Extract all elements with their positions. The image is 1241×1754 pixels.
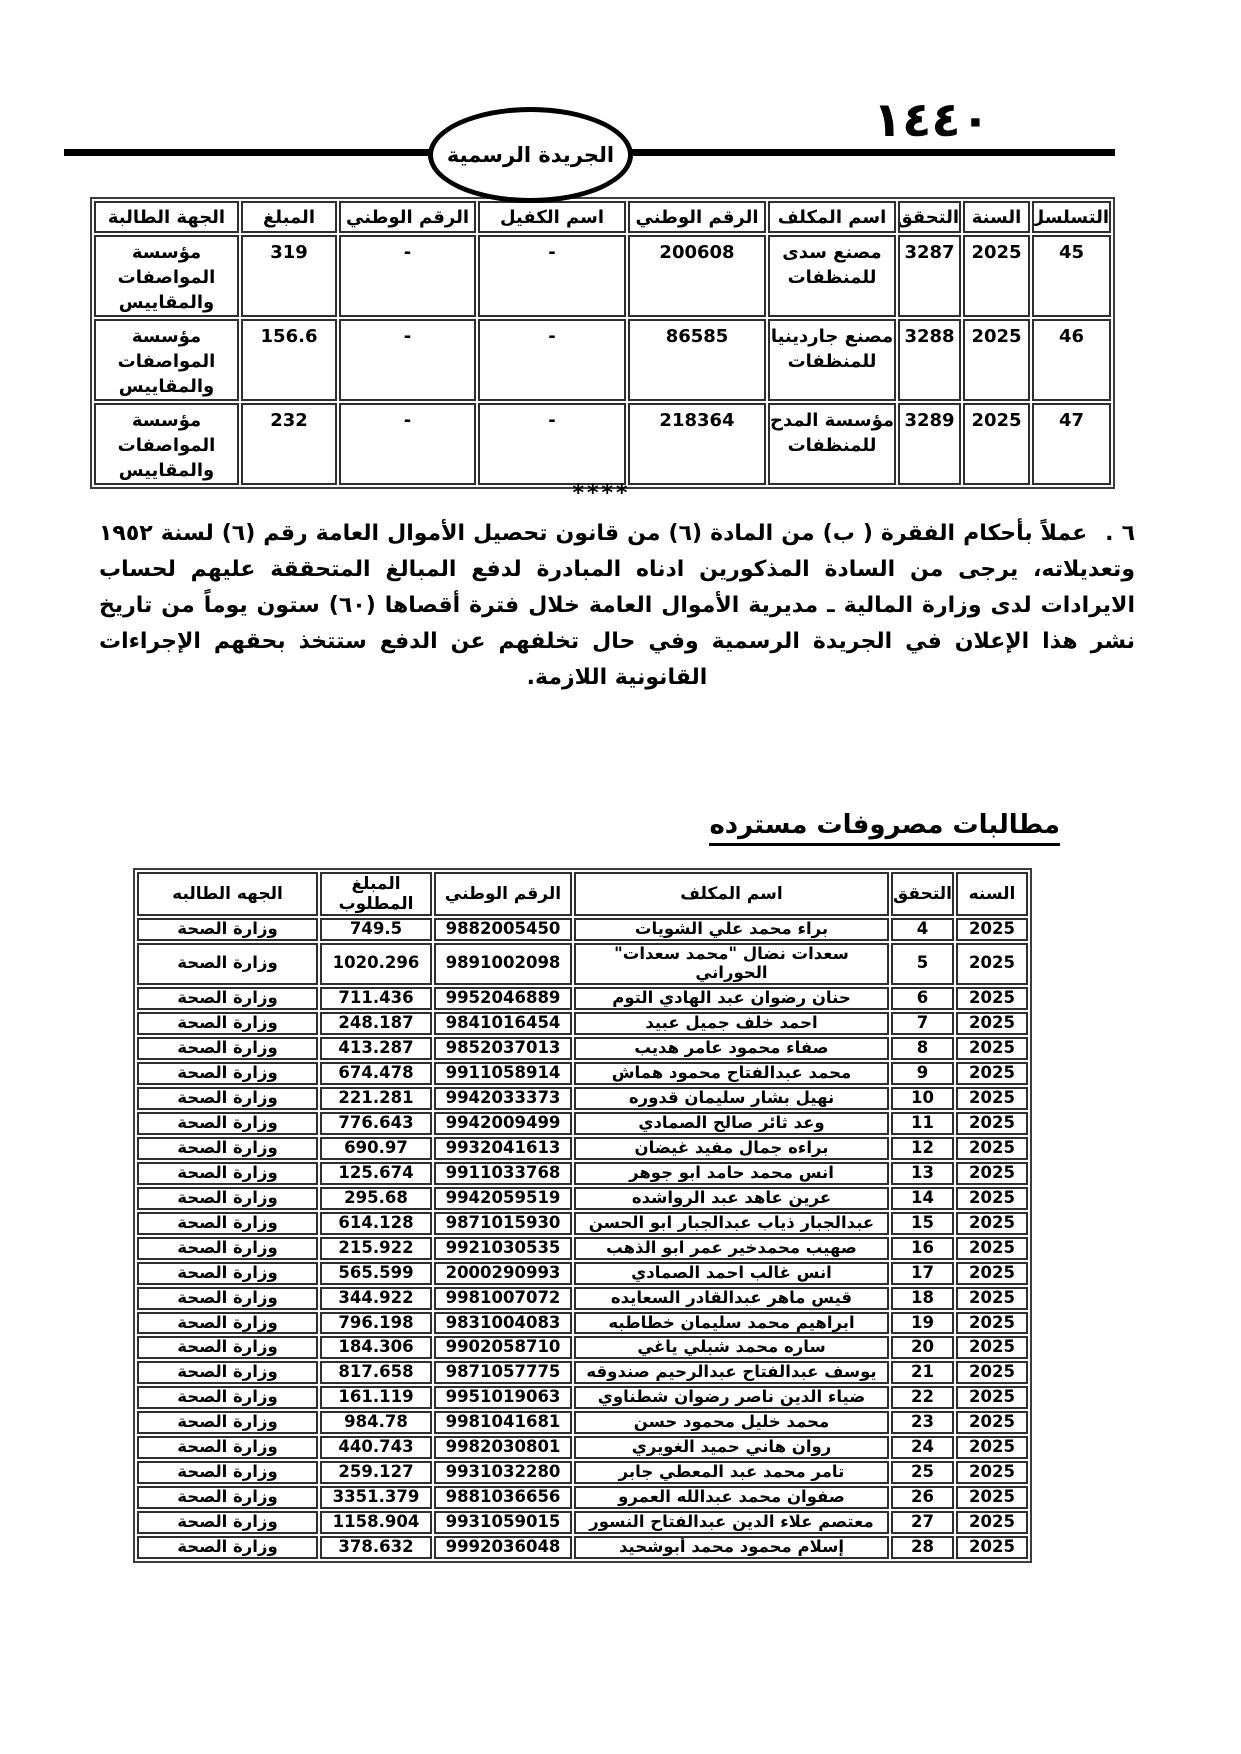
table-cell-taxpayer: حنان رضوان عبد الهادي التوم xyxy=(574,987,889,1010)
table-cell-national_id: 9911058914 xyxy=(434,1062,572,1085)
table-cell-taxpayer: مؤسسة المدح للمنظفات xyxy=(768,403,896,485)
table-cell-amount: 295.68 xyxy=(320,1187,432,1210)
table-cell-amount: 614.128 xyxy=(320,1212,432,1235)
table-cell-taxpayer: احمد خلف جميل عبيد xyxy=(574,1012,889,1035)
table-cell-taxpayer_id: 218364 xyxy=(628,403,766,485)
section-separator: **** xyxy=(90,481,1113,506)
table-cell-amount: 184.306 xyxy=(320,1336,432,1359)
table-cell-amount: 161.119 xyxy=(320,1386,432,1409)
col-guarantor: اسم الكفيل xyxy=(478,201,626,233)
table-cell-amount: 440.743 xyxy=(320,1436,432,1459)
table-cell-entity: وزارة الصحة xyxy=(137,1511,318,1534)
table-cell-serial: 45 xyxy=(1032,235,1111,317)
table-cell-serial: 46 xyxy=(1032,319,1111,401)
col-national-id: الرقم الوطني xyxy=(434,872,572,916)
table-cell-check: 11 xyxy=(891,1112,954,1135)
table-cell-entity: وزارة الصحة xyxy=(137,1062,318,1085)
table-cell-national_id: 9981041681 xyxy=(434,1411,572,1434)
col-amount: المبلغ xyxy=(241,201,337,233)
table-cell-guarantor_id: - xyxy=(339,403,476,485)
table-cell-entity: وزارة الصحة xyxy=(137,1112,318,1135)
table-cell-check: 17 xyxy=(891,1262,954,1285)
table-cell-year: 2025 xyxy=(956,1486,1028,1509)
col-taxpayer: اسم المكلف xyxy=(574,872,889,916)
table-cell-year: 2025 xyxy=(963,403,1030,485)
table-cell-check: 7 xyxy=(891,1012,954,1035)
table-cell-entity: وزارة الصحة xyxy=(137,1162,318,1185)
table-row: 4720253289مؤسسة المدح للمنظفات218364--23… xyxy=(94,403,1111,485)
table-cell-amount: 248.187 xyxy=(320,1012,432,1035)
table-cell-taxpayer_id: 86585 xyxy=(628,319,766,401)
table-cell-entity: وزارة الصحة xyxy=(137,1137,318,1160)
table-cell-year: 2025 xyxy=(956,1012,1028,1035)
table-cell-taxpayer: ساره محمد شبلي ياغي xyxy=(574,1336,889,1359)
table-cell-check: 3288 xyxy=(898,319,961,401)
table-cell-check: 14 xyxy=(891,1187,954,1210)
table-cell-guarantor_name: - xyxy=(478,403,626,485)
clause-item: ٦ . عملاً بأحكام الفقرة ( ب) من المادة (… xyxy=(99,516,1135,696)
table-cell-amount: 796.198 xyxy=(320,1312,432,1335)
table-cell-taxpayer: نهيل بشار سليمان قدوره xyxy=(574,1087,889,1110)
table-cell-entity: مؤسسة المواصفات والمقاييس xyxy=(94,319,239,401)
section-title: مطالبات مصروفات مسترده xyxy=(709,810,1060,846)
table-cell-national_id: 9931032280 xyxy=(434,1461,572,1484)
table-cell-amount: 319 xyxy=(241,235,337,317)
table-cell-year: 2025 xyxy=(956,1536,1028,1559)
table-cell-amount: 565.599 xyxy=(320,1262,432,1285)
table-cell-taxpayer_id: 200608 xyxy=(628,235,766,317)
table-row: 202521يوسف عبدالفتاح عبدالرحيم صندوقه987… xyxy=(137,1361,1028,1384)
table-cell-taxpayer: يوسف عبدالفتاح عبدالرحيم صندوقه xyxy=(574,1361,889,1384)
table-cell-amount: 1158.904 xyxy=(320,1511,432,1534)
col-amount-due: المبلغ المطلوب xyxy=(320,872,432,916)
table-header-row: السنه التحقق اسم المكلف الرقم الوطني الم… xyxy=(137,872,1028,916)
table-cell-check: 10 xyxy=(891,1087,954,1110)
table-cell-national_id: 9881036656 xyxy=(434,1486,572,1509)
table-cell-check: 26 xyxy=(891,1486,954,1509)
table-cell-amount: 749.5 xyxy=(320,918,432,941)
table-row: 202519ابراهيم محمد سليمان خطاطبه98310040… xyxy=(137,1312,1028,1335)
refunded-expenses-table: السنه التحقق اسم المكلف الرقم الوطني الم… xyxy=(133,868,1032,1563)
table-cell-amount: 3351.379 xyxy=(320,1486,432,1509)
table-cell-amount: 817.658 xyxy=(320,1361,432,1384)
table-cell-entity: وزارة الصحة xyxy=(137,1012,318,1035)
table-cell-check: 20 xyxy=(891,1336,954,1359)
table-cell-entity: وزارة الصحة xyxy=(137,1336,318,1359)
table-row: 20258صفاء محمود عامر هديب9852037013413.2… xyxy=(137,1037,1028,1060)
table-row: 20254براء محمد علي الشويات9882005450749.… xyxy=(137,918,1028,941)
table-cell-taxpayer: صفاء محمود عامر هديب xyxy=(574,1037,889,1060)
table-cell-year: 2025 xyxy=(956,1112,1028,1135)
col-national-id: الرقم الوطني xyxy=(628,201,766,233)
table-cell-guarantor_id: - xyxy=(339,235,476,317)
table-cell-year: 2025 xyxy=(956,1386,1028,1409)
table-row: 202516صهيب محمدخير عمر ابو الذهب99210305… xyxy=(137,1237,1028,1260)
table-cell-entity: وزارة الصحة xyxy=(137,1312,318,1335)
table-cell-guarantor_name: - xyxy=(478,319,626,401)
table-cell-check: 9 xyxy=(891,1062,954,1085)
table-cell-year: 2025 xyxy=(956,1511,1028,1534)
table-header: التسلسل السنة التحقق اسم المكلف الرقم ال… xyxy=(94,201,1111,233)
table-cell-national_id: 9952046889 xyxy=(434,987,572,1010)
table-body: 20254براء محمد علي الشويات9882005450749.… xyxy=(137,918,1028,1559)
col-entity: الجهه الطالبه xyxy=(137,872,318,916)
col-serial: التسلسل xyxy=(1032,201,1111,233)
table-cell-entity: وزارة الصحة xyxy=(137,1187,318,1210)
table-cell-taxpayer: وعد ثائر صالح الصمادي xyxy=(574,1112,889,1135)
table-cell-taxpayer: صفوان محمد عبدالله العمرو xyxy=(574,1486,889,1509)
table-cell-year: 2025 xyxy=(963,235,1030,317)
table-row: 202518قيس ماهر عبدالقادر السعايده9981007… xyxy=(137,1287,1028,1310)
table-cell-guarantor_name: - xyxy=(478,235,626,317)
masthead-title: الجريدة الرسمية xyxy=(447,143,614,167)
table-cell-entity: وزارة الصحة xyxy=(137,1087,318,1110)
table-cell-national_id: 9841016454 xyxy=(434,1012,572,1035)
table-cell-entity: وزارة الصحة xyxy=(137,1436,318,1459)
table-cell-national_id: 9951019063 xyxy=(434,1386,572,1409)
table-cell-amount: 156.6 xyxy=(241,319,337,401)
table-row: 202512براءه جمال مفيد غيضان9932041613690… xyxy=(137,1137,1028,1160)
table-cell-check: 27 xyxy=(891,1511,954,1534)
table-header: السنه التحقق اسم المكلف الرقم الوطني الم… xyxy=(137,872,1028,916)
clause-text: عملاً بأحكام الفقرة ( ب) من المادة (٦) م… xyxy=(99,521,1135,690)
table-cell-year: 2025 xyxy=(956,1062,1028,1085)
col-year: السنة xyxy=(963,201,1030,233)
table-cell-amount: 259.127 xyxy=(320,1461,432,1484)
table-cell-national_id: 9911033768 xyxy=(434,1162,572,1185)
table-cell-check: 25 xyxy=(891,1461,954,1484)
table-cell-entity: وزارة الصحة xyxy=(137,1536,318,1559)
table-row: 20256حنان رضوان عبد الهادي التوم99520468… xyxy=(137,987,1028,1010)
table-cell-year: 2025 xyxy=(956,1436,1028,1459)
table-row: 202520ساره محمد شبلي ياغي9902058710184.3… xyxy=(137,1336,1028,1359)
table-cell-entity: وزارة الصحة xyxy=(137,943,318,985)
table-cell-check: 12 xyxy=(891,1137,954,1160)
table-cell-entity: مؤسسة المواصفات والمقاييس xyxy=(94,403,239,485)
table-cell-taxpayer: براءه جمال مفيد غيضان xyxy=(574,1137,889,1160)
table-cell-check: 3289 xyxy=(898,403,961,485)
table-cell-taxpayer: انس محمد حامد ابو جوهر xyxy=(574,1162,889,1185)
table-cell-amount: 690.97 xyxy=(320,1137,432,1160)
table-cell-check: 13 xyxy=(891,1162,954,1185)
table-cell-year: 2025 xyxy=(956,1162,1028,1185)
table-cell-check: 6 xyxy=(891,987,954,1010)
table-row: 20259محمد عبدالفتاح محمود هماش9911058914… xyxy=(137,1062,1028,1085)
col-taxpayer: اسم المكلف xyxy=(768,201,896,233)
table-cell-national_id: 9921030535 xyxy=(434,1237,572,1260)
table-row: 4620253288مصنع جاردينيا للمنظفات86585--1… xyxy=(94,319,1111,401)
table-cell-check: 19 xyxy=(891,1312,954,1335)
table-cell-amount: 674.478 xyxy=(320,1062,432,1085)
gazette-page: { "masthead": { "page_number": "١٤٤٠", "… xyxy=(0,0,1241,1754)
table-cell-taxpayer: عرين عاهد عبد الرواشده xyxy=(574,1187,889,1210)
table-cell-national_id: 2000290993 xyxy=(434,1262,572,1285)
table-cell-taxpayer: محمد عبدالفتاح محمود هماش xyxy=(574,1062,889,1085)
table-cell-taxpayer: مصنع جاردينيا للمنظفات xyxy=(768,319,896,401)
table-row: 202526صفوان محمد عبدالله العمرو988103665… xyxy=(137,1486,1028,1509)
table-cell-taxpayer: ابراهيم محمد سليمان خطاطبه xyxy=(574,1312,889,1335)
table-cell-year: 2025 xyxy=(956,1287,1028,1310)
table-cell-entity: وزارة الصحة xyxy=(137,1486,318,1509)
table-cell-amount: 344.922 xyxy=(320,1287,432,1310)
table-cell-year: 2025 xyxy=(956,1336,1028,1359)
table-cell-national_id: 9831004083 xyxy=(434,1312,572,1335)
table-cell-national_id: 9942009499 xyxy=(434,1112,572,1135)
table-row: 20257احمد خلف جميل عبيد9841016454248.187… xyxy=(137,1012,1028,1035)
table-cell-taxpayer: قيس ماهر عبدالقادر السعايده xyxy=(574,1287,889,1310)
table-cell-year: 2025 xyxy=(956,1037,1028,1060)
table-cell-check: 22 xyxy=(891,1386,954,1409)
col-check: التحقق xyxy=(891,872,954,916)
table-cell-amount: 378.632 xyxy=(320,1536,432,1559)
table-cell-year: 2025 xyxy=(956,1137,1028,1160)
table-header-row: التسلسل السنة التحقق اسم المكلف الرقم ال… xyxy=(94,201,1111,233)
table-cell-check: 5 xyxy=(891,943,954,985)
page-number: ١٤٤٠ xyxy=(873,96,990,144)
table-cell-year: 2025 xyxy=(956,987,1028,1010)
table-cell-check: 3287 xyxy=(898,235,961,317)
table-cell-year: 2025 xyxy=(956,918,1028,941)
table-cell-amount: 215.922 xyxy=(320,1237,432,1260)
table-cell-year: 2025 xyxy=(956,943,1028,985)
table-cell-entity: وزارة الصحة xyxy=(137,1262,318,1285)
table-cell-national_id: 9942033373 xyxy=(434,1087,572,1110)
table-cell-national_id: 9891002098 xyxy=(434,943,572,985)
table-cell-national_id: 9902058710 xyxy=(434,1336,572,1359)
table-cell-check: 24 xyxy=(891,1436,954,1459)
table-cell-check: 18 xyxy=(891,1287,954,1310)
table-row: 4520253287مصنع سدى للمنظفات200608--319مؤ… xyxy=(94,235,1111,317)
table-cell-taxpayer: إسلام محمود محمد أبوشحيد xyxy=(574,1536,889,1559)
table-cell-amount: 221.281 xyxy=(320,1087,432,1110)
table-cell-entity: وزارة الصحة xyxy=(137,987,318,1010)
table-cell-taxpayer: تامر محمد عبد المعطي جابر xyxy=(574,1461,889,1484)
table-cell-year: 2025 xyxy=(956,1361,1028,1384)
table-row: 202528إسلام محمود محمد أبوشحيد9992036048… xyxy=(137,1536,1028,1559)
table-cell-taxpayer: معتصم علاء الدين عبدالفتاح النسور xyxy=(574,1511,889,1534)
table-cell-taxpayer: صهيب محمدخير عمر ابو الذهب xyxy=(574,1237,889,1260)
table-cell-year: 2025 xyxy=(956,1411,1028,1434)
table-cell-entity: وزارة الصحة xyxy=(137,1237,318,1260)
table-cell-check: 4 xyxy=(891,918,954,941)
table-cell-amount: 1020.296 xyxy=(320,943,432,985)
table-cell-year: 2025 xyxy=(956,1312,1028,1335)
table-cell-taxpayer: براء محمد علي الشويات xyxy=(574,918,889,941)
table-cell-year: 2025 xyxy=(956,1087,1028,1110)
table-cell-amount: 776.643 xyxy=(320,1112,432,1135)
table-row: 202511وعد ثائر صالح الصمادي9942009499776… xyxy=(137,1112,1028,1135)
table-cell-entity: وزارة الصحة xyxy=(137,1212,318,1235)
table-cell-amount: 125.674 xyxy=(320,1162,432,1185)
table-cell-national_id: 9981007072 xyxy=(434,1287,572,1310)
table-cell-taxpayer: ضياء الدين ناصر رضوان شطناوي xyxy=(574,1386,889,1409)
col-entity: الجهة الطالبة xyxy=(94,201,239,233)
table-cell-taxpayer: سعدات نضال "محمد سعدات" الحوراني xyxy=(574,943,889,985)
table-row: 202523محمد خليل محمود حسن9981041681984.7… xyxy=(137,1411,1028,1434)
table-cell-check: 8 xyxy=(891,1037,954,1060)
table-cell-entity: وزارة الصحة xyxy=(137,1411,318,1434)
table-cell-serial: 47 xyxy=(1032,403,1111,485)
col-guarantor-id: الرقم الوطني xyxy=(339,201,476,233)
table-cell-amount: 711.436 xyxy=(320,987,432,1010)
table-cell-entity: وزارة الصحة xyxy=(137,1287,318,1310)
col-year: السنه xyxy=(956,872,1028,916)
table-cell-year: 2025 xyxy=(956,1212,1028,1235)
table-row: 202525تامر محمد عبد المعطي جابر993103228… xyxy=(137,1461,1028,1484)
table-cell-entity: وزارة الصحة xyxy=(137,1461,318,1484)
table-cell-amount: 413.287 xyxy=(320,1037,432,1060)
table-cell-year: 2025 xyxy=(956,1461,1028,1484)
table-cell-year: 2025 xyxy=(956,1237,1028,1260)
table-cell-taxpayer: روان هاني حميد الغويري xyxy=(574,1436,889,1459)
table-row: 202514عرين عاهد عبد الرواشده994205951929… xyxy=(137,1187,1028,1210)
table-row: 202513انس محمد حامد ابو جوهر991103376812… xyxy=(137,1162,1028,1185)
public-funds-claims-table: التسلسل السنة التحقق اسم المكلف الرقم ال… xyxy=(90,197,1115,489)
table-cell-taxpayer: محمد خليل محمود حسن xyxy=(574,1411,889,1434)
table-cell-national_id: 9942059519 xyxy=(434,1187,572,1210)
col-check: التحقق xyxy=(898,201,961,233)
table-cell-national_id: 9871015930 xyxy=(434,1212,572,1235)
table-row: 202522ضياء الدين ناصر رضوان شطناوي995101… xyxy=(137,1386,1028,1409)
table-cell-guarantor_id: - xyxy=(339,319,476,401)
table-cell-national_id: 9931059015 xyxy=(434,1511,572,1534)
table-cell-year: 2025 xyxy=(963,319,1030,401)
table-cell-taxpayer: انس غالب احمد الصمادي xyxy=(574,1262,889,1285)
table-cell-year: 2025 xyxy=(956,1187,1028,1210)
table-cell-taxpayer: مصنع سدى للمنظفات xyxy=(768,235,896,317)
table-cell-national_id: 9871057775 xyxy=(434,1361,572,1384)
table-cell-national_id: 9982030801 xyxy=(434,1436,572,1459)
table-row: 202510نهيل بشار سليمان قدوره994203337322… xyxy=(137,1087,1028,1110)
table-cell-check: 28 xyxy=(891,1536,954,1559)
table-row: 202517انس غالب احمد الصمادي2000290993565… xyxy=(137,1262,1028,1285)
table-row: 202527معتصم علاء الدين عبدالفتاح النسور9… xyxy=(137,1511,1028,1534)
table-cell-entity: وزارة الصحة xyxy=(137,1386,318,1409)
table-body: 4520253287مصنع سدى للمنظفات200608--319مؤ… xyxy=(94,235,1111,485)
masthead-oval: الجريدة الرسمية xyxy=(428,107,633,203)
table-cell-national_id: 9932041613 xyxy=(434,1137,572,1160)
table-cell-amount: 232 xyxy=(241,403,337,485)
table-cell-national_id: 9852037013 xyxy=(434,1037,572,1060)
table-cell-national_id: 9882005450 xyxy=(434,918,572,941)
table-row: 20255سعدات نضال "محمد سعدات" الحوراني989… xyxy=(137,943,1028,985)
table-cell-entity: وزارة الصحة xyxy=(137,1361,318,1384)
table-row: 202524روان هاني حميد الغويري998203080144… xyxy=(137,1436,1028,1459)
table-cell-national_id: 9992036048 xyxy=(434,1536,572,1559)
table-cell-taxpayer: عبدالجبار ذياب عبدالجبار ابو الحسن xyxy=(574,1212,889,1235)
table-cell-check: 21 xyxy=(891,1361,954,1384)
table-cell-entity: وزارة الصحة xyxy=(137,918,318,941)
table-cell-check: 16 xyxy=(891,1237,954,1260)
table-cell-amount: 984.78 xyxy=(320,1411,432,1434)
table-cell-entity: مؤسسة المواصفات والمقاييس xyxy=(94,235,239,317)
table-cell-entity: وزارة الصحة xyxy=(137,1037,318,1060)
table-cell-check: 15 xyxy=(891,1212,954,1235)
table-cell-year: 2025 xyxy=(956,1262,1028,1285)
table-cell-check: 23 xyxy=(891,1411,954,1434)
table-row: 202515عبدالجبار ذياب عبدالجبار ابو الحسن… xyxy=(137,1212,1028,1235)
clause-number: ٦ . xyxy=(1095,521,1135,546)
